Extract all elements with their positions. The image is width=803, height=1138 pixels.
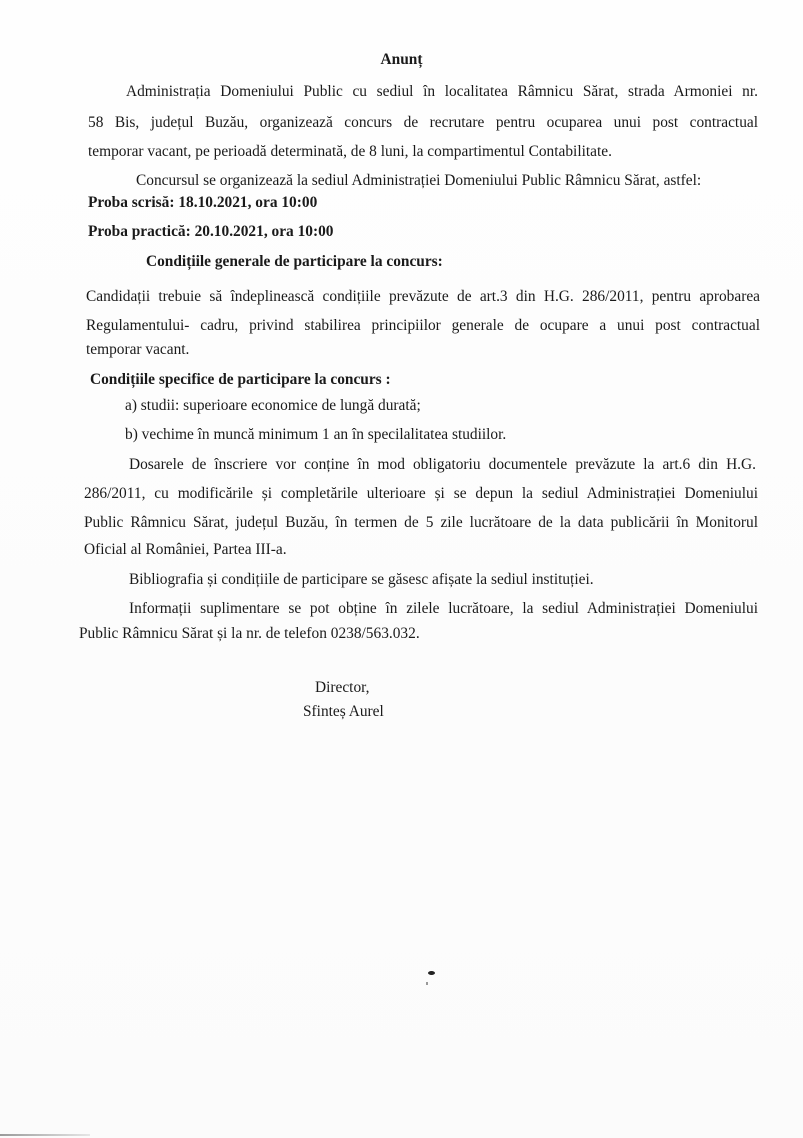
general-conditions-heading: Condițiile generale de participare la co…	[146, 252, 443, 272]
location-text: Concursul se organizează la sediul Admin…	[136, 171, 701, 191]
general-conditions-line-2: Regulamentului- cadru, privind stabilire…	[86, 316, 760, 336]
dossier-line-3: Public Râmnicu Sărat, județul Buzău, în …	[84, 513, 758, 533]
info-line-1: Informații suplimentare se pot obține în…	[129, 599, 758, 619]
specific-condition-a: a) studii: superioare economice de lungă…	[125, 396, 421, 416]
signature-role: Director,	[315, 678, 370, 698]
general-conditions-line-3: temporar vacant.	[86, 340, 189, 360]
written-exam-date: Proba scrisă: 18.10.2021, ora 10:00	[88, 193, 317, 213]
intro-line-3: temporar vacant, pe perioadă determinată…	[88, 142, 612, 162]
bibliography-text: Bibliografia și condițiile de participar…	[129, 570, 594, 590]
specific-condition-b: b) vechime în muncă minimum 1 an în spec…	[125, 425, 506, 445]
dossier-line-1: Dosarele de înscriere vor conține în mod…	[129, 455, 756, 475]
signature-name: Sfinteș Aurel	[303, 702, 384, 722]
info-line-2: Public Râmnicu Sărat și la nr. de telefo…	[79, 624, 420, 644]
ink-mark	[426, 982, 428, 985]
dossier-line-4: Oficial al României, Partea III-a.	[84, 540, 287, 560]
practical-exam-date: Proba practică: 20.10.2021, ora 10:00	[88, 222, 334, 242]
general-conditions-line-1: Candidații trebuie să îndeplinească cond…	[86, 287, 760, 307]
specific-conditions-heading: Condițiile specifice de participare la c…	[90, 370, 391, 390]
document-title: Anunț	[0, 50, 803, 70]
dossier-line-2: 286/2011, cu modificările și completăril…	[84, 484, 758, 504]
document-page: Anunț Administrația Domeniului Public cu…	[0, 0, 803, 1138]
intro-line-1: Administrația Domeniului Public cu sediu…	[126, 82, 758, 102]
intro-line-2: 58 Bis, județul Buzău, organizează concu…	[88, 113, 758, 133]
ink-spot	[428, 971, 435, 975]
scan-edge	[0, 1134, 90, 1136]
